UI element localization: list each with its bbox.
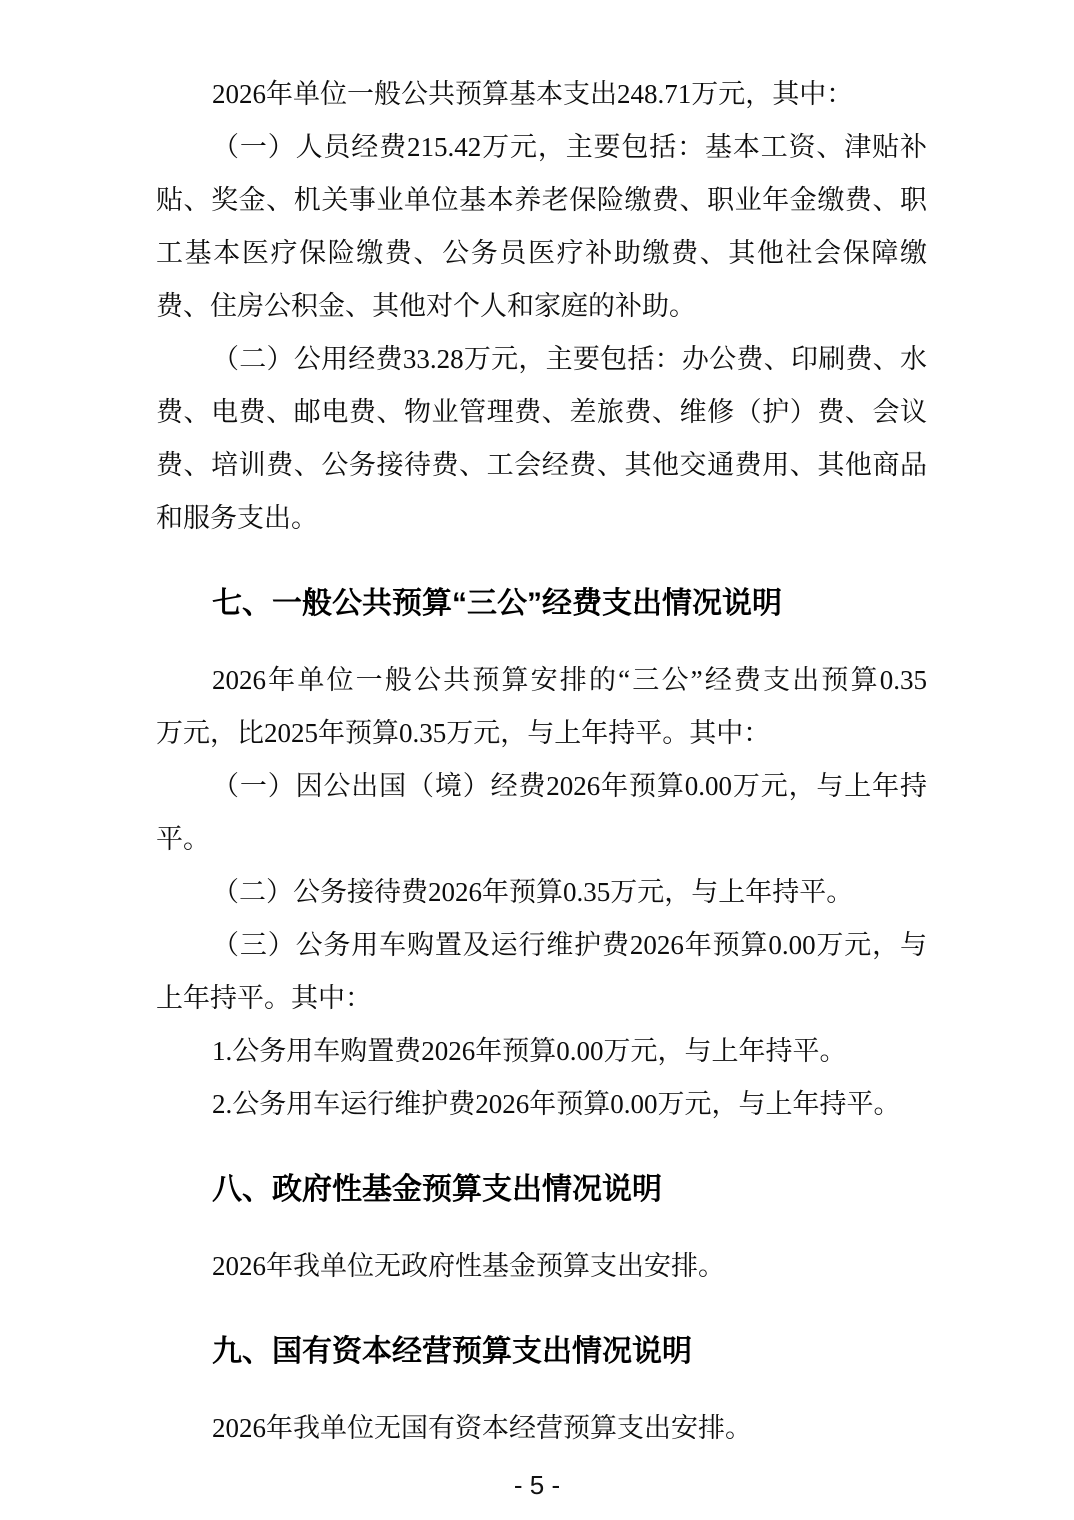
section-heading: 七、一般公共预算“三公”经费支出情况说明 (156, 577, 927, 630)
paragraph: 2026年单位一般公共预算基本支出248.71万元，其中： (156, 68, 927, 121)
text-line: （一）因公出国（境）经费2026年预算0.00万元，与上年持 (156, 760, 927, 813)
text-line: 2026年我单位无政府性基金预算支出安排。 (156, 1240, 927, 1293)
text-line: 费、培训费、公务接待费、工会经费、其他交通费用、其他商品 (156, 439, 927, 492)
text-line: 2026年单位一般公共预算基本支出248.71万元，其中： (156, 68, 927, 121)
document-page: 2026年单位一般公共预算基本支出248.71万元，其中：（一）人员经费215.… (0, 0, 1074, 1520)
page-footer: - 5 - (0, 1470, 1074, 1500)
paragraph: 2026年我单位无政府性基金预算支出安排。 (156, 1240, 927, 1293)
paragraph: 2026年单位一般公共预算安排的“三公”经费支出预算0.35万元，比2025年预… (156, 654, 927, 760)
text-line: 费、住房公积金、其他对个人和家庭的补助。 (156, 280, 927, 333)
section-heading: 九、国有资本经营预算支出情况说明 (156, 1325, 927, 1378)
paragraph: 1.公务用车购置费2026年预算0.00万元，与上年持平。 (156, 1025, 927, 1078)
paragraph: （二）公务接待费2026年预算0.35万元，与上年持平。 (156, 866, 927, 919)
text-line: 费、电费、邮电费、物业管理费、差旅费、维修（护）费、会议 (156, 386, 927, 439)
text-line: 和服务支出。 (156, 492, 927, 545)
paragraph: 2.公务用车运行维护费2026年预算0.00万元，与上年持平。 (156, 1078, 927, 1131)
text-line: 2026年我单位无国有资本经营预算支出安排。 (156, 1402, 927, 1455)
section-heading: 八、政府性基金预算支出情况说明 (156, 1163, 927, 1216)
text-line: 平。 (156, 813, 927, 866)
text-line: （三）公务用车购置及运行维护费2026年预算0.00万元，与 (156, 919, 927, 972)
paragraph: （二）公用经费33.28万元，主要包括：办公费、印刷费、水费、电费、邮电费、物业… (156, 333, 927, 545)
text-line: （二）公用经费33.28万元，主要包括：办公费、印刷费、水 (156, 333, 927, 386)
text-line: 2.公务用车运行维护费2026年预算0.00万元，与上年持平。 (156, 1078, 927, 1131)
text-line: 贴、奖金、机关事业单位基本养老保险缴费、职业年金缴费、职 (156, 174, 927, 227)
paragraph: 2026年我单位无国有资本经营预算支出安排。 (156, 1402, 927, 1455)
text-line: 工基本医疗保险缴费、公务员医疗补助缴费、其他社会保障缴 (156, 227, 927, 280)
paragraph: （一）因公出国（境）经费2026年预算0.00万元，与上年持平。 (156, 760, 927, 866)
text-line: 2026年单位一般公共预算安排的“三公”经费支出预算0.35 (156, 654, 927, 707)
paragraph: （三）公务用车购置及运行维护费2026年预算0.00万元，与上年持平。其中： (156, 919, 927, 1025)
text-line: （一）人员经费215.42万元，主要包括：基本工资、津贴补 (156, 121, 927, 174)
text-line: 万元，比2025年预算0.35万元，与上年持平。其中： (156, 707, 927, 760)
text-line: 上年持平。其中： (156, 972, 927, 1025)
paragraph: （一）人员经费215.42万元，主要包括：基本工资、津贴补贴、奖金、机关事业单位… (156, 121, 927, 333)
document-content: 2026年单位一般公共预算基本支出248.71万元，其中：（一）人员经费215.… (156, 68, 927, 1455)
page-number: - 5 - (514, 1470, 560, 1500)
text-line: 1.公务用车购置费2026年预算0.00万元，与上年持平。 (156, 1025, 927, 1078)
text-line: （二）公务接待费2026年预算0.35万元，与上年持平。 (156, 866, 927, 919)
